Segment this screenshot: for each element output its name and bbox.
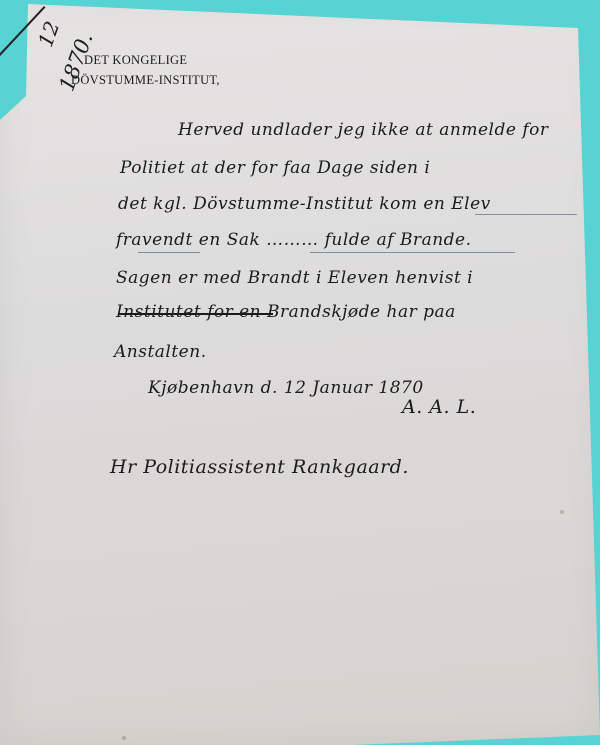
paper-stain: [560, 510, 564, 514]
document-paper: [0, 0, 600, 745]
body-line-6: Institutet for en Brandskjøde har paa: [116, 302, 456, 322]
body-line-3: det kgl. Dövstumme-Institut kom en Elev: [118, 194, 491, 214]
letterhead-line-1: DET KONGELIGE: [84, 50, 220, 70]
paper-stain: [122, 736, 126, 740]
underline-mark: [310, 252, 515, 253]
letterhead-line-2: DÖVSTUMME-INSTITUT,: [71, 70, 220, 90]
body-line-1: Herved undlader jeg ikke at anmelde for: [178, 120, 548, 140]
letterhead: DET KONGELIGE DÖVSTUMME-INSTITUT,: [84, 50, 220, 90]
underline-mark: [138, 252, 200, 253]
strikethrough-mark: [118, 313, 273, 315]
body-line-5: Sagen er med Brandt i Eleven henvist i: [116, 268, 473, 288]
body-line-7: Anstalten.: [114, 342, 207, 362]
underline-mark: [475, 214, 577, 215]
date-line: Kjøbenhavn d. 12 Januar 1870: [148, 378, 424, 398]
signature: A. A. L.: [402, 396, 476, 418]
addressee: Hr Politiassistent Rankgaard.: [110, 456, 409, 478]
body-line-4: fravendt en Sak ……… fulde af Brande.: [116, 230, 472, 250]
body-line-2: Politiet at der for faa Dage siden i: [120, 158, 430, 178]
